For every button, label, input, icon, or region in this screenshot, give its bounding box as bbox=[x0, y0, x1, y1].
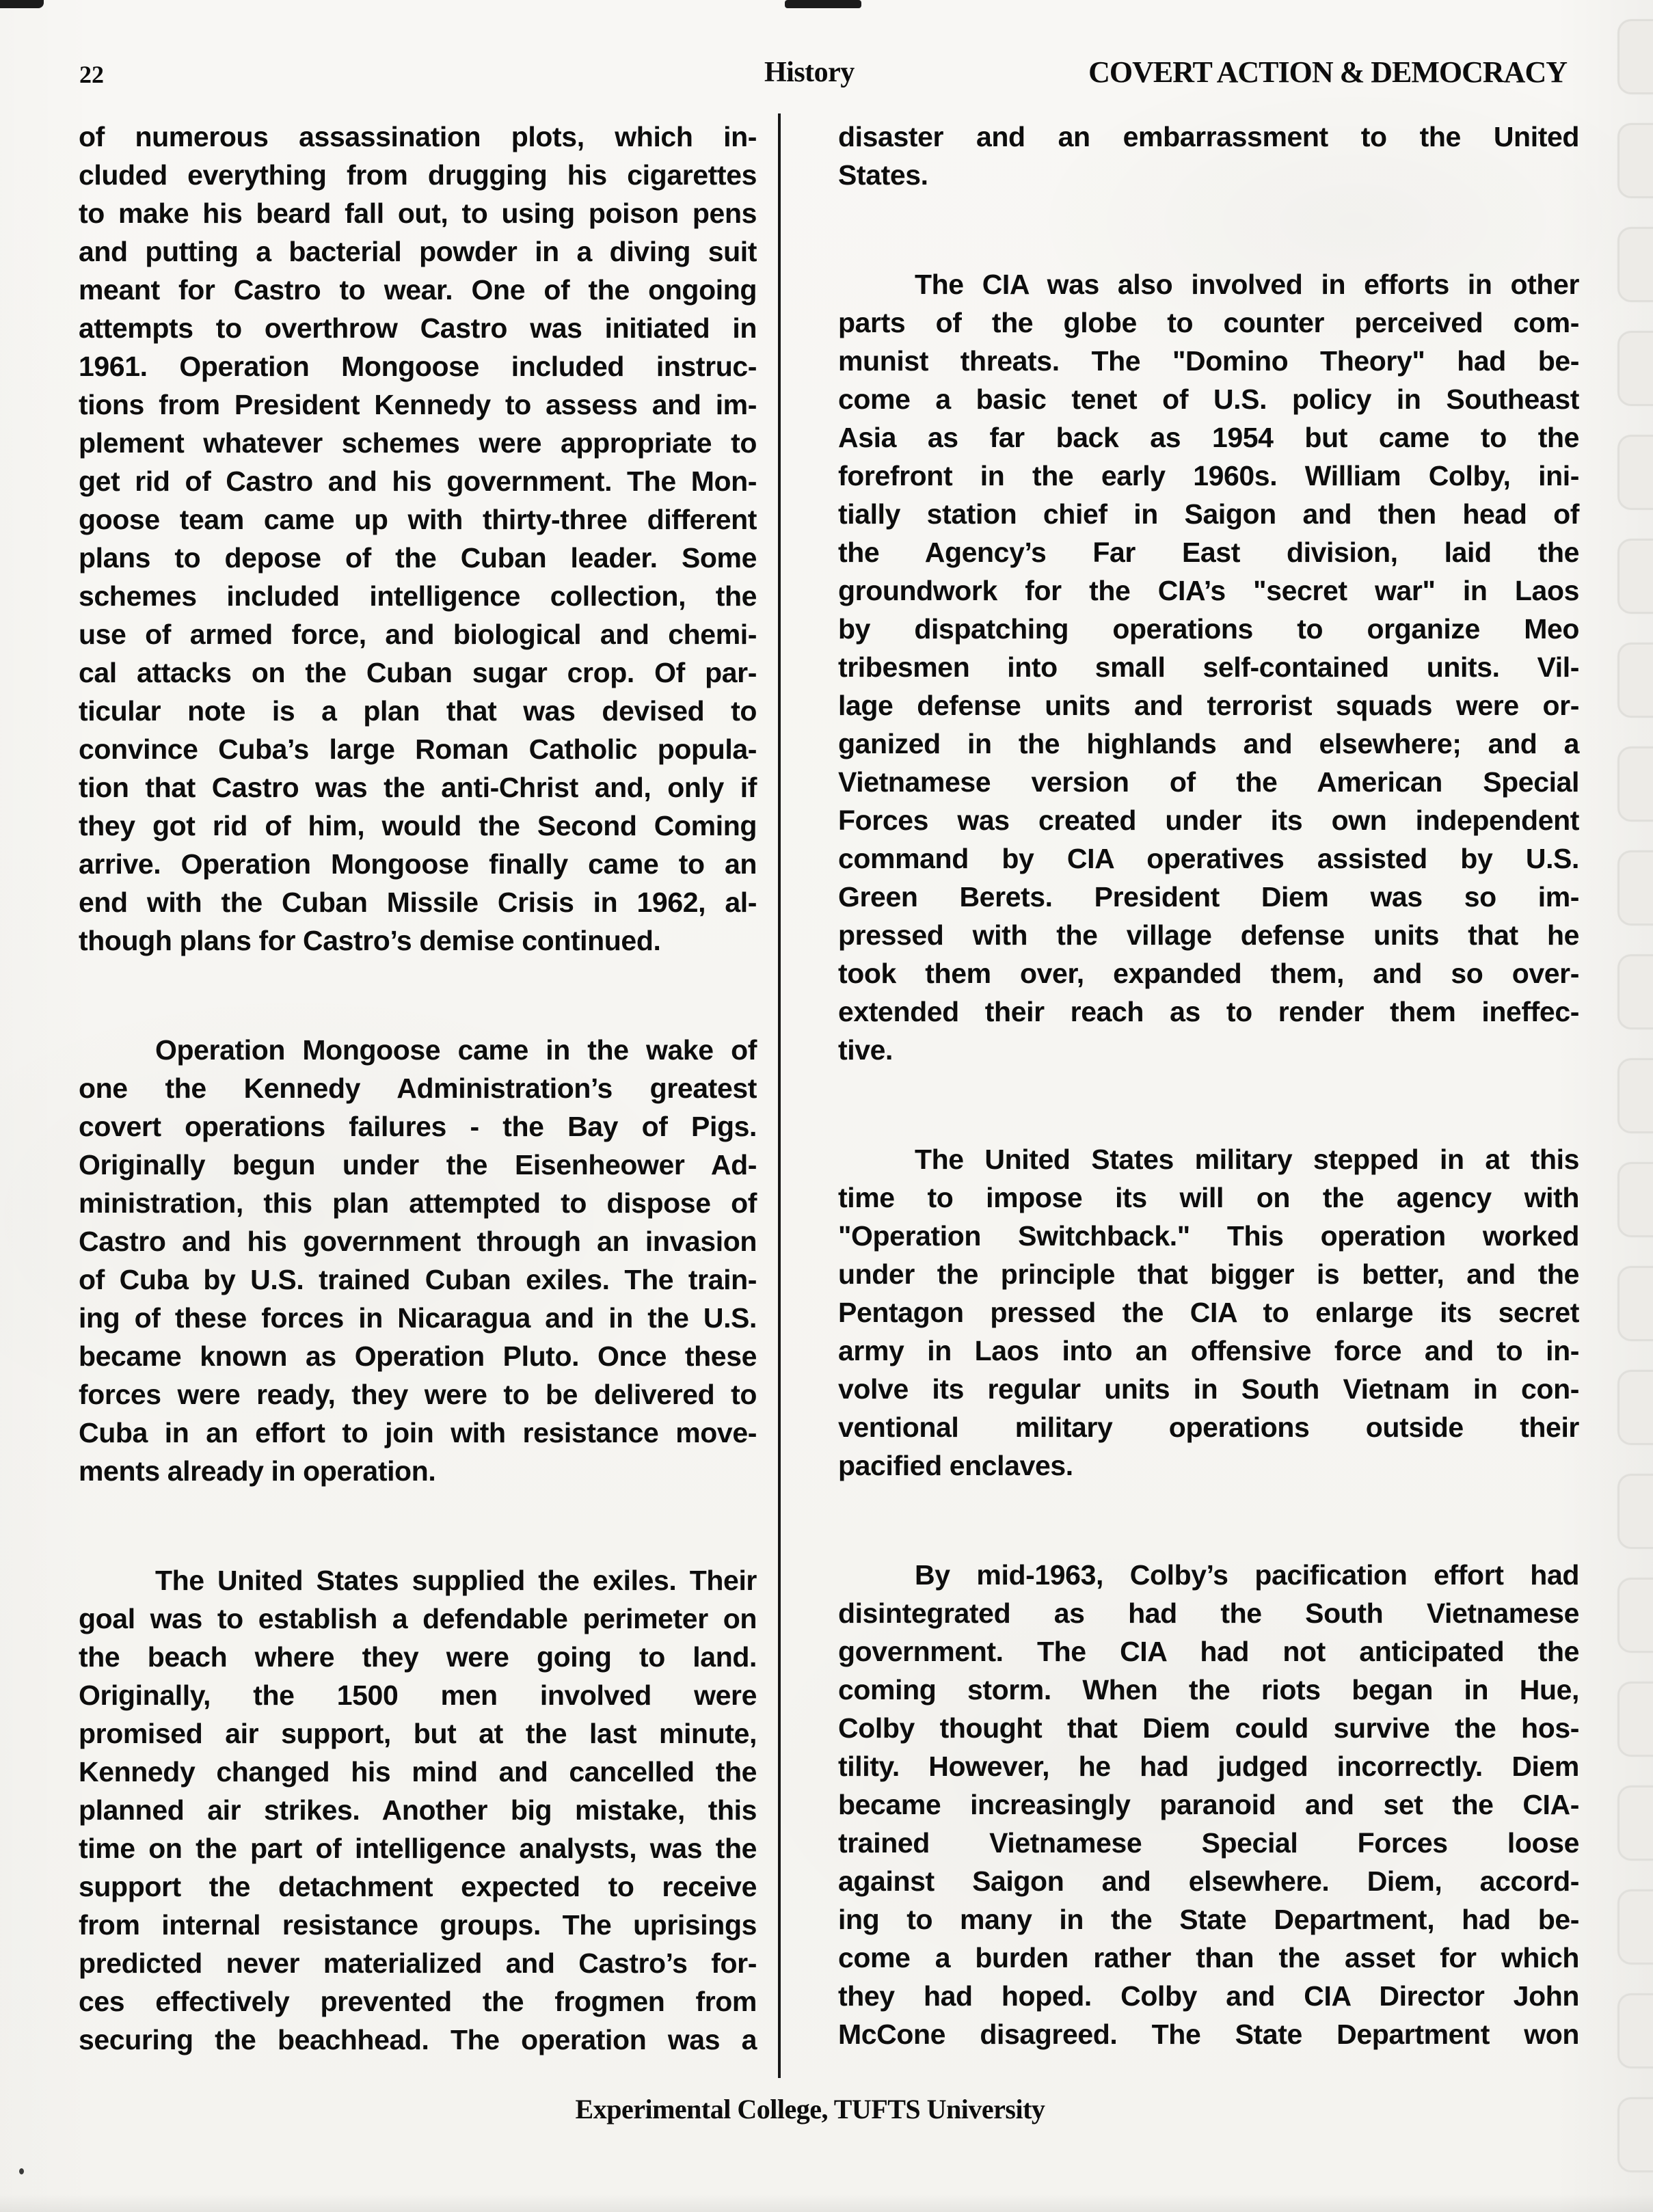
text-line: cal attacks on the Cuban sugar crop. Of … bbox=[79, 653, 757, 692]
text-line: tive. bbox=[838, 1031, 1579, 1069]
text-line: of Cuba by U.S. trained Cuban exiles. Th… bbox=[79, 1260, 757, 1299]
text-line: The United States supplied the exiles. T… bbox=[79, 1561, 757, 1600]
text-line: forefront in the early 1960s. William Co… bbox=[838, 457, 1579, 495]
binding-hole-mark bbox=[1617, 1889, 1653, 1965]
binding-hole-mark bbox=[1617, 539, 1653, 614]
text-line: ganized in the highlands and elsewhere; … bbox=[838, 725, 1579, 763]
text-line: Castro and his government through an inv… bbox=[79, 1222, 757, 1260]
binding-hole-mark bbox=[1617, 1266, 1653, 1341]
text-line: come a burden rather than the asset for … bbox=[838, 1939, 1579, 1977]
text-line: they got rid of him, would the Second Co… bbox=[79, 807, 757, 845]
section-header: History bbox=[764, 56, 855, 89]
text-line: and putting a bacterial powder in a divi… bbox=[79, 232, 757, 271]
paragraph: disaster and an embarrassment to the Uni… bbox=[838, 118, 1579, 194]
text-line: The United States military stepped in at… bbox=[838, 1140, 1579, 1178]
binding-hole-mark bbox=[1617, 1474, 1653, 1549]
text-line: groundwork for the CIA’s "secret war" in… bbox=[838, 571, 1579, 610]
text-line: parts of the globe to counter perceived … bbox=[838, 304, 1579, 342]
text-line: tribesmen into small self-contained unit… bbox=[838, 648, 1579, 686]
text-line: Originally begun under the Eisenheower A… bbox=[79, 1146, 757, 1184]
text-line: "Operation Switchback." This operation w… bbox=[838, 1217, 1579, 1255]
text-line: extended their reach as to render them i… bbox=[838, 993, 1579, 1031]
text-line: against Saigon and elsewhere. Diem, acco… bbox=[838, 1862, 1579, 1900]
text-line: from internal resistance groups. The upr… bbox=[79, 1906, 757, 1944]
text-line: tially station chief in Saigon and then … bbox=[838, 495, 1579, 533]
text-line: ticular note is a plan that was devised … bbox=[79, 692, 757, 730]
text-line: ventional military operations outside th… bbox=[838, 1408, 1579, 1446]
footer-text: Experimental College, TUFTS University bbox=[0, 2093, 1637, 2125]
text-line: The CIA was also involved in efforts in … bbox=[838, 265, 1579, 304]
text-line: By mid-1963, Colby’s pacification effort… bbox=[838, 1556, 1579, 1594]
text-line: covert operations failures - the Bay of … bbox=[79, 1107, 757, 1146]
binding-hole-mark bbox=[1617, 2097, 1653, 2172]
text-line: tions from President Kennedy to assess a… bbox=[79, 386, 757, 424]
paragraph: By mid-1963, Colby’s pacification effort… bbox=[838, 1556, 1579, 2053]
photocopy-edge-mark bbox=[0, 0, 44, 8]
text-line: Colby thought that Diem could survive th… bbox=[838, 1709, 1579, 1747]
text-line: attempts to overthrow Castro was initiat… bbox=[79, 309, 757, 347]
text-line: Cuba in an effort to join with resistanc… bbox=[79, 1414, 757, 1452]
scan-bottom-shadow bbox=[0, 2194, 1653, 2212]
text-line: Forces was created under its own indepen… bbox=[838, 801, 1579, 839]
text-line: ministration, this plan attempted to dis… bbox=[79, 1184, 757, 1222]
text-line: disaster and an embarrassment to the Uni… bbox=[838, 118, 1579, 156]
text-line: forces were ready, they were to be deliv… bbox=[79, 1375, 757, 1414]
text-line: schemes included intelligence collection… bbox=[79, 577, 757, 615]
text-line: use of armed force, and biological and c… bbox=[79, 615, 757, 653]
text-line: pacified enclaves. bbox=[838, 1446, 1579, 1485]
text-line: took them over, expanded them, and so ov… bbox=[838, 954, 1579, 993]
text-line: to make his beard fall out, to using poi… bbox=[79, 194, 757, 232]
text-line: get rid of Castro and his government. Th… bbox=[79, 462, 757, 500]
paragraph: The United States military stepped in at… bbox=[838, 1140, 1579, 1485]
text-line: under the principle that bigger is bette… bbox=[838, 1255, 1579, 1293]
text-line: munist threats. The "Domino Theory" had … bbox=[838, 342, 1579, 380]
binding-hole-mark bbox=[1617, 850, 1653, 926]
binding-hole-mark bbox=[1617, 19, 1653, 94]
text-line: tion that Castro was the anti-Christ and… bbox=[79, 768, 757, 807]
text-line: come a basic tenet of U.S. policy in Sou… bbox=[838, 380, 1579, 418]
binding-hole-mark bbox=[1617, 227, 1653, 302]
text-line: Kennedy changed his mind and cancelled t… bbox=[79, 1753, 757, 1791]
text-line: McCone disagreed. The State Department w… bbox=[838, 2015, 1579, 2053]
text-line: convince Cuba’s large Roman Catholic pop… bbox=[79, 730, 757, 768]
binding-hole-mark bbox=[1617, 435, 1653, 510]
binding-hole-mark bbox=[1617, 1682, 1653, 1757]
text-line: time on the part of intelligence analyst… bbox=[79, 1829, 757, 1867]
binding-hole-mark bbox=[1617, 746, 1653, 822]
text-line: arrive. Operation Mongoose finally came … bbox=[79, 845, 757, 883]
paragraph: of numerous assassination plots, which i… bbox=[79, 118, 757, 960]
scanned-document-page: 22 History COVERT ACTION & DEMOCRACY of … bbox=[0, 0, 1653, 2212]
paragraph: Operation Mongoose came in the wake ofon… bbox=[79, 1031, 757, 1490]
text-line: government. The CIA had not anticipated … bbox=[838, 1632, 1579, 1671]
photocopy-speck bbox=[19, 2168, 24, 2174]
text-line: cluded everything from drugging his ciga… bbox=[79, 156, 757, 194]
binding-hole-mark bbox=[1617, 1058, 1653, 1133]
text-line: ments already in operation. bbox=[79, 1452, 757, 1490]
text-line: army in Laos into an offensive force and… bbox=[838, 1332, 1579, 1370]
column-divider-rule bbox=[778, 113, 781, 2078]
text-line: though plans for Castro’s demise continu… bbox=[79, 921, 757, 960]
text-line: command by CIA operatives assisted by U.… bbox=[838, 839, 1579, 878]
text-line: securing the beachhead. The operation wa… bbox=[79, 2021, 757, 2059]
binding-hole-mark bbox=[1617, 1370, 1653, 1445]
text-line: ing to many in the State Department, had… bbox=[838, 1900, 1579, 1939]
text-column-right: disaster and an embarrassment to the Uni… bbox=[838, 118, 1579, 2053]
text-line: they had hoped. Colby and CIA Director J… bbox=[838, 1977, 1579, 2015]
text-line: by dispatching operations to organize Me… bbox=[838, 610, 1579, 648]
text-line: goal was to establish a defendable perim… bbox=[79, 1600, 757, 1638]
paragraph: The CIA was also involved in efforts in … bbox=[838, 265, 1579, 1069]
text-line: the Agency’s Far East division, laid the bbox=[838, 533, 1579, 571]
binding-hole-mark bbox=[1617, 1162, 1653, 1237]
binding-hole-mark bbox=[1617, 1785, 1653, 1861]
text-line: trained Vietnamese Special Forces loose bbox=[838, 1824, 1579, 1862]
text-line: volve its regular units in South Vietnam… bbox=[838, 1370, 1579, 1408]
photocopy-edge-mark bbox=[785, 0, 861, 8]
text-line: Asia as far back as 1954 but came to the bbox=[838, 418, 1579, 457]
text-line: Green Berets. President Diem was so im- bbox=[838, 878, 1579, 916]
text-line: plement whatever schemes were appropriat… bbox=[79, 424, 757, 462]
binding-hole-mark bbox=[1617, 1993, 1653, 2068]
text-line: coming storm. When the riots began in Hu… bbox=[838, 1671, 1579, 1709]
text-line: States. bbox=[838, 156, 1579, 194]
text-line: became increasingly paranoid and set the… bbox=[838, 1785, 1579, 1824]
text-column-left: of numerous assassination plots, which i… bbox=[79, 118, 757, 2059]
text-line: support the detachment expected to recei… bbox=[79, 1867, 757, 1906]
text-line: end with the Cuban Missile Crisis in 196… bbox=[79, 883, 757, 921]
binding-marks bbox=[1571, 0, 1653, 2212]
text-line: the beach where they were going to land. bbox=[79, 1638, 757, 1676]
text-line: one the Kennedy Administration’s greates… bbox=[79, 1069, 757, 1107]
page-title: COVERT ACTION & DEMOCRACY bbox=[1088, 55, 1567, 90]
text-line: planned air strikes. Another big mistake… bbox=[79, 1791, 757, 1829]
page-number: 22 bbox=[79, 60, 104, 89]
text-line: time to impose its will on the agency wi… bbox=[838, 1178, 1579, 1217]
text-line: Originally, the 1500 men involved were bbox=[79, 1676, 757, 1714]
text-line: plans to depose of the Cuban leader. Som… bbox=[79, 539, 757, 577]
binding-hole-mark bbox=[1617, 643, 1653, 718]
paragraph: The United States supplied the exiles. T… bbox=[79, 1561, 757, 2059]
binding-hole-mark bbox=[1617, 954, 1653, 1029]
text-line: Pentagon pressed the CIA to enlarge its … bbox=[838, 1293, 1579, 1332]
text-line: Vietnamese version of the American Speci… bbox=[838, 763, 1579, 801]
text-line: pressed with the village defense units t… bbox=[838, 916, 1579, 954]
binding-hole-mark bbox=[1617, 123, 1653, 198]
text-line: 1961. Operation Mongoose included instru… bbox=[79, 347, 757, 386]
text-line: predicted never materialized and Castro’… bbox=[79, 1944, 757, 1982]
text-line: tility. However, he had judged incorrect… bbox=[838, 1747, 1579, 1785]
binding-hole-mark bbox=[1617, 1578, 1653, 1653]
text-line: promised air support, but at the last mi… bbox=[79, 1714, 757, 1753]
text-line: disintegrated as had the South Vietnames… bbox=[838, 1594, 1579, 1632]
text-line: ces effectively prevented the frogmen fr… bbox=[79, 1982, 757, 2021]
text-line: goose team came up with thirty-three dif… bbox=[79, 500, 757, 539]
text-line: Operation Mongoose came in the wake of bbox=[79, 1031, 757, 1069]
text-line: meant for Castro to wear. One of the ong… bbox=[79, 271, 757, 309]
text-line: became known as Operation Pluto. Once th… bbox=[79, 1337, 757, 1375]
text-line: ing of these forces in Nicaragua and in … bbox=[79, 1299, 757, 1337]
binding-hole-mark bbox=[1617, 331, 1653, 406]
text-line: of numerous assassination plots, which i… bbox=[79, 118, 757, 156]
text-line: lage defense units and terrorist squads … bbox=[838, 686, 1579, 725]
